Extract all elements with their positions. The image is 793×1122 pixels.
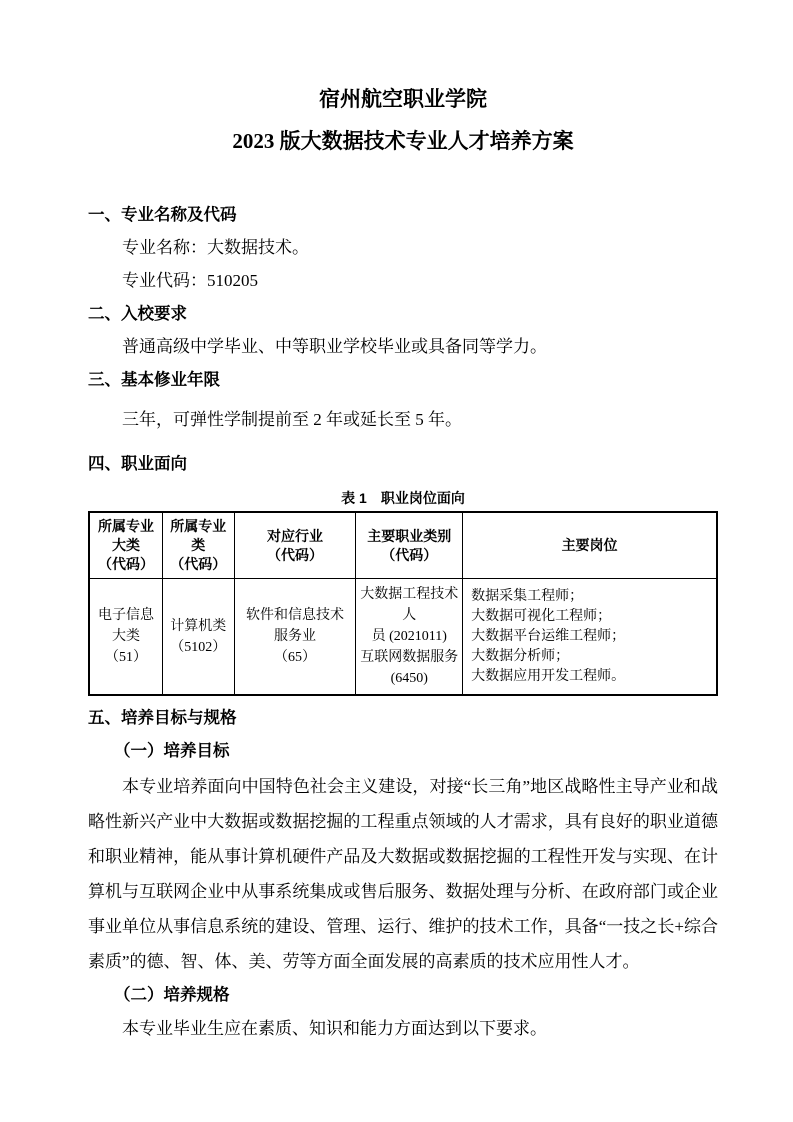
doc-title-line1: 宿州航空职业学院	[88, 86, 718, 112]
section-3-heading: 三、基本修业年限	[88, 369, 718, 391]
section-4-heading: 四、职业面向	[88, 453, 718, 475]
cell-main-posts: 数据采集工程师； 大数据可视化工程师； 大数据平台运维工程师； 大数据分析师； …	[463, 579, 717, 696]
document-page: 宿州航空职业学院 2023 版大数据技术专业人才培养方案 一、专业名称及代码 专…	[0, 0, 793, 1122]
table-row: 电子信息大类 （51） 计算机类 （5102） 软件和信息技术 服务业 （65）…	[89, 579, 717, 696]
training-goal-subheading: （一）培养目标	[88, 740, 718, 762]
study-period-line: 三年，可弹性学制提前至 2 年或延长至 5 年。	[88, 409, 718, 431]
major-code-line: 专业代码：510205	[88, 270, 718, 292]
cell-occupation-category: 大数据工程技术人 员 (2021011) 互联网数据服务 (6450)	[356, 579, 463, 696]
training-spec-line: 本专业毕业生应在素质、知识和能力方面达到以下要求。	[88, 1018, 718, 1040]
cell-industry: 软件和信息技术 服务业 （65）	[234, 579, 356, 696]
table-header-row: 所属专业大类 （代码） 所属专业类 （代码） 对应行业 （代码） 主要职业类别 …	[89, 512, 717, 579]
section-5-heading: 五、培养目标与规格	[88, 707, 718, 729]
major-name-line: 专业名称：大数据技术。	[88, 237, 718, 259]
doc-title-line2: 2023 版大数据技术专业人才培养方案	[88, 128, 718, 154]
section-1-heading: 一、专业名称及代码	[88, 204, 718, 226]
header-major-category: 所属专业大类 （代码）	[89, 512, 162, 579]
cell-major-class: 计算机类 （5102）	[162, 579, 234, 696]
header-major-class: 所属专业类 （代码）	[162, 512, 234, 579]
table-1-caption: 表 1 职业岗位面向	[88, 488, 718, 508]
training-spec-subheading: （二）培养规格	[88, 984, 718, 1006]
section-2-heading: 二、入校要求	[88, 303, 718, 325]
header-occupation-category: 主要职业类别 （代码）	[356, 512, 463, 579]
cell-major-category: 电子信息大类 （51）	[89, 579, 162, 696]
header-main-posts: 主要岗位	[463, 512, 717, 579]
entry-requirement-line: 普通高级中学毕业、中等职业学校毕业或具备同等学力。	[88, 336, 718, 358]
header-industry: 对应行业 （代码）	[234, 512, 356, 579]
training-goal-paragraph: 本专业培养面向中国特色社会主义建设，对接“长三角”地区战略性主导产业和战略性新兴…	[88, 769, 718, 979]
job-orientation-table: 所属专业大类 （代码） 所属专业类 （代码） 对应行业 （代码） 主要职业类别 …	[88, 511, 718, 696]
